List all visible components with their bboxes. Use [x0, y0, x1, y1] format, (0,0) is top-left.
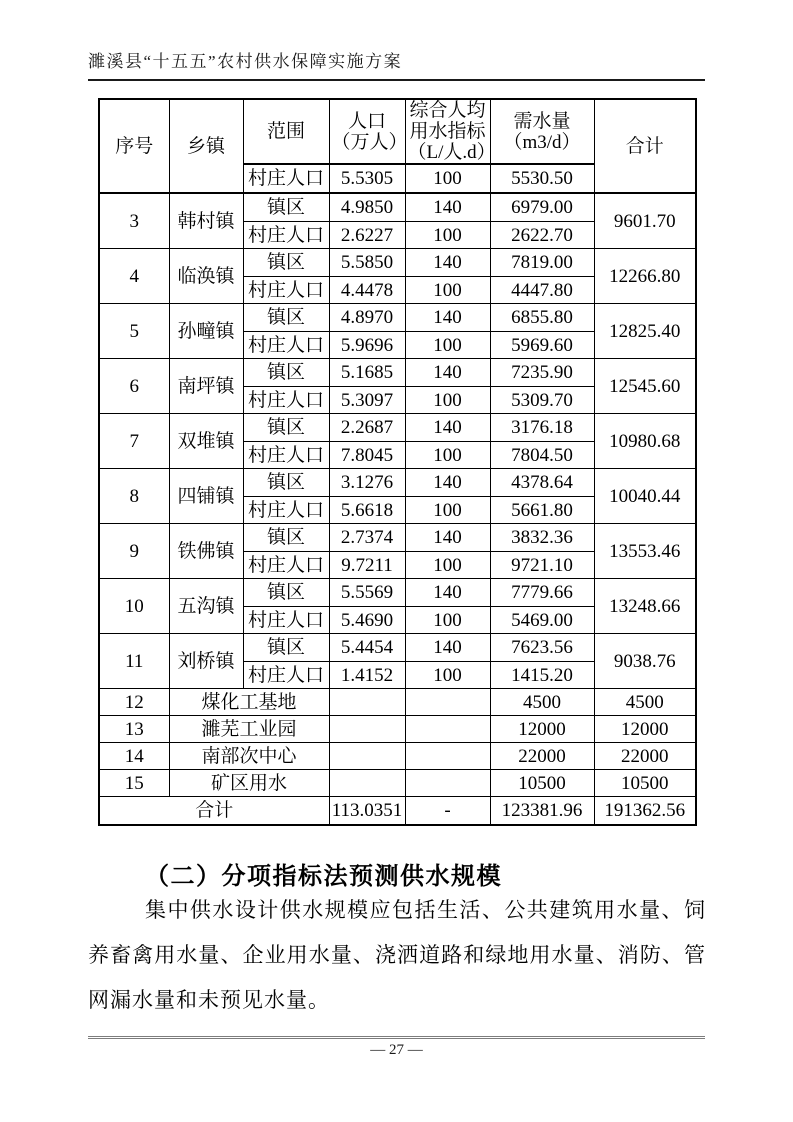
value-cell [405, 743, 490, 770]
town-total-cell: 10040.44 [594, 469, 696, 524]
scope-cell: 村庄人口 [243, 662, 329, 689]
value-cell: 7623.56 [490, 634, 594, 662]
special-row: 14南部次中心2200022000 [99, 743, 696, 770]
special-row: 15矿区用水1050010500 [99, 770, 696, 797]
row-number-cell: 9 [99, 524, 169, 579]
town-row: 10五沟镇镇区5.55691407779.6613248.66 [99, 579, 696, 607]
value-cell [405, 770, 490, 797]
row-number-cell: 8 [99, 469, 169, 524]
town-name-cell: 临涣镇 [169, 249, 243, 304]
value-cell: 123381.96 [490, 797, 594, 826]
value-cell: 140 [405, 193, 490, 222]
scope-cell: 村庄人口 [243, 222, 329, 249]
site-name-cell: 南部次中心 [169, 743, 329, 770]
town-row: 5孙疃镇镇区4.89701406855.8012825.40 [99, 304, 696, 332]
value-cell: 2.7374 [329, 524, 405, 552]
document-header-title: 濉溪县“十五五”农村供水保障实施方案 [88, 47, 705, 81]
town-total-cell: 9038.76 [594, 634, 696, 689]
scope-cell: 镇区 [243, 469, 329, 497]
value-cell: 140 [405, 634, 490, 662]
value-cell: 7235.90 [490, 359, 594, 387]
site-name-cell: 煤化工基地 [169, 689, 329, 716]
town-name-cell: 刘桥镇 [169, 634, 243, 689]
town-name-cell: 韩村镇 [169, 193, 243, 249]
town-total-cell: 13553.46 [594, 524, 696, 579]
column-header: 序号 [99, 99, 169, 193]
value-cell: 100 [405, 277, 490, 304]
column-header: 乡镇 [169, 99, 243, 193]
town-row: 8四铺镇镇区3.12761404378.6410040.44 [99, 469, 696, 497]
scope-cell: 村庄人口 [243, 607, 329, 634]
town-row: 6南坪镇镇区5.16851407235.9012545.60 [99, 359, 696, 387]
value-cell: 9721.10 [490, 552, 594, 579]
value-cell: 7779.66 [490, 579, 594, 607]
town-total-cell: 12545.60 [594, 359, 696, 414]
site-name-cell: 矿区用水 [169, 770, 329, 797]
row-number-cell: 14 [99, 743, 169, 770]
value-cell: 7819.00 [490, 249, 594, 277]
town-name-cell: 铁佛镇 [169, 524, 243, 579]
value-cell: 4.4478 [329, 277, 405, 304]
value-cell: 100 [405, 164, 490, 193]
scope-cell: 镇区 [243, 249, 329, 277]
value-cell: 100 [405, 332, 490, 359]
value-cell: 4447.80 [490, 277, 594, 304]
total-cell: 10500 [594, 770, 696, 797]
footer-rule [88, 1036, 705, 1039]
town-row: 3韩村镇镇区4.98501406979.009601.70 [99, 193, 696, 222]
column-header: 范围 [243, 99, 329, 164]
value-cell: 5.5569 [329, 579, 405, 607]
value-cell: 2622.70 [490, 222, 594, 249]
value-cell: 5530.50 [490, 164, 594, 193]
special-row: 12煤化工基地45004500 [99, 689, 696, 716]
value-cell: 3.1276 [329, 469, 405, 497]
value-cell: 2.2687 [329, 414, 405, 442]
town-name-cell: 双堆镇 [169, 414, 243, 469]
row-number-cell: 11 [99, 634, 169, 689]
value-cell: 4.8970 [329, 304, 405, 332]
scope-cell: 村庄人口 [243, 552, 329, 579]
value-cell: 100 [405, 552, 490, 579]
total-row: 合计113.0351-123381.96191362.56 [99, 797, 696, 826]
town-total-cell: 12266.80 [594, 249, 696, 304]
scope-cell: 村庄人口 [243, 332, 329, 359]
row-number-cell: 12 [99, 689, 169, 716]
column-header: 合计 [594, 99, 696, 193]
town-total-cell: 10980.68 [594, 414, 696, 469]
value-cell: 5309.70 [490, 387, 594, 414]
row-number-cell: 10 [99, 579, 169, 634]
row-number-cell: 5 [99, 304, 169, 359]
town-total-cell: 12825.40 [594, 304, 696, 359]
town-name-cell: 五沟镇 [169, 579, 243, 634]
town-row: 9铁佛镇镇区2.73741403832.3613553.46 [99, 524, 696, 552]
value-cell: 113.0351 [329, 797, 405, 826]
body-paragraph: 集中供水设计供水规模应包括生活、公共建筑用水量、饲养畜禽用水量、企业用水量、浇洒… [88, 888, 706, 1023]
value-cell [329, 770, 405, 797]
value-cell: 5.5305 [329, 164, 405, 193]
value-cell: 5969.60 [490, 332, 594, 359]
town-row: 4临涣镇镇区5.58501407819.0012266.80 [99, 249, 696, 277]
value-cell: 5.5850 [329, 249, 405, 277]
value-cell: 5.4454 [329, 634, 405, 662]
value-cell: 5661.80 [490, 497, 594, 524]
column-header: 需水量 （m3/d） [490, 99, 594, 164]
row-number-cell: 13 [99, 716, 169, 743]
row-number-cell: 4 [99, 249, 169, 304]
value-cell: 100 [405, 607, 490, 634]
value-cell: 140 [405, 469, 490, 497]
total-cell: 191362.56 [594, 797, 696, 826]
value-cell: 5.4690 [329, 607, 405, 634]
page-number: — 27 — [88, 1042, 705, 1059]
value-cell: 6979.00 [490, 193, 594, 222]
value-cell: 10500 [490, 770, 594, 797]
value-cell: 140 [405, 359, 490, 387]
value-cell: 5.9696 [329, 332, 405, 359]
special-row: 13濉芜工业园1200012000 [99, 716, 696, 743]
site-name-cell: 濉芜工业园 [169, 716, 329, 743]
value-cell: 3832.36 [490, 524, 594, 552]
value-cell [405, 689, 490, 716]
value-cell: 12000 [490, 716, 594, 743]
value-cell: 5.1685 [329, 359, 405, 387]
scope-cell: 镇区 [243, 524, 329, 552]
town-total-cell: 9601.70 [594, 193, 696, 249]
section-heading: （二）分项指标法预测供水规模 [88, 856, 705, 891]
value-cell [329, 743, 405, 770]
value-cell: 100 [405, 497, 490, 524]
value-cell: 22000 [490, 743, 594, 770]
scope-cell: 村庄人口 [243, 164, 329, 193]
row-number-cell: 15 [99, 770, 169, 797]
scope-cell: 村庄人口 [243, 497, 329, 524]
value-cell: 4500 [490, 689, 594, 716]
scope-cell: 镇区 [243, 304, 329, 332]
water-demand-table-body: 序号乡镇范围人口 （万人）综合人均 用水指标 （L/人.d）需水量 （m3/d）… [99, 99, 696, 825]
value-cell: 4.9850 [329, 193, 405, 222]
value-cell: 5.3097 [329, 387, 405, 414]
scope-cell: 镇区 [243, 359, 329, 387]
value-cell: 3176.18 [490, 414, 594, 442]
scope-cell: 镇区 [243, 414, 329, 442]
row-number-cell: 6 [99, 359, 169, 414]
column-header: 人口 （万人） [329, 99, 405, 164]
value-cell [405, 716, 490, 743]
scope-cell: 村庄人口 [243, 277, 329, 304]
scope-cell: 村庄人口 [243, 442, 329, 469]
value-cell: 5469.00 [490, 607, 594, 634]
value-cell: 5.6618 [329, 497, 405, 524]
row-number-cell: 3 [99, 193, 169, 249]
value-cell: 100 [405, 222, 490, 249]
value-cell: 100 [405, 387, 490, 414]
total-cell: 12000 [594, 716, 696, 743]
value-cell: 2.6227 [329, 222, 405, 249]
value-cell: 7804.50 [490, 442, 594, 469]
scope-cell: 镇区 [243, 634, 329, 662]
value-cell: 6855.80 [490, 304, 594, 332]
column-header: 综合人均 用水指标 （L/人.d） [405, 99, 490, 164]
value-cell: 100 [405, 662, 490, 689]
town-total-cell: 13248.66 [594, 579, 696, 634]
water-demand-table: 序号乡镇范围人口 （万人）综合人均 用水指标 （L/人.d）需水量 （m3/d）… [98, 98, 697, 826]
scope-cell: 村庄人口 [243, 387, 329, 414]
value-cell [329, 689, 405, 716]
value-cell: 140 [405, 414, 490, 442]
value-cell: 1.4152 [329, 662, 405, 689]
value-cell: 4378.64 [490, 469, 594, 497]
header-row: 序号乡镇范围人口 （万人）综合人均 用水指标 （L/人.d）需水量 （m3/d）… [99, 99, 696, 164]
total-label-cell: 合计 [99, 797, 329, 826]
value-cell: 100 [405, 442, 490, 469]
total-cell: 22000 [594, 743, 696, 770]
value-cell: 140 [405, 304, 490, 332]
value-cell: 140 [405, 524, 490, 552]
town-name-cell: 南坪镇 [169, 359, 243, 414]
row-number-cell: 7 [99, 414, 169, 469]
town-row: 11刘桥镇镇区5.44541407623.569038.76 [99, 634, 696, 662]
scope-cell: 镇区 [243, 193, 329, 222]
total-cell: 4500 [594, 689, 696, 716]
value-cell: 140 [405, 579, 490, 607]
value-cell: - [405, 797, 490, 826]
value-cell [329, 716, 405, 743]
value-cell: 7.8045 [329, 442, 405, 469]
scope-cell: 镇区 [243, 579, 329, 607]
value-cell: 9.7211 [329, 552, 405, 579]
town-name-cell: 四铺镇 [169, 469, 243, 524]
document-page: 濉溪县“十五五”农村供水保障实施方案 序号乡镇范围人口 （万人）综合人均 用水指… [0, 0, 793, 1122]
value-cell: 140 [405, 249, 490, 277]
town-row: 7双堆镇镇区2.26871403176.1810980.68 [99, 414, 696, 442]
value-cell: 1415.20 [490, 662, 594, 689]
town-name-cell: 孙疃镇 [169, 304, 243, 359]
